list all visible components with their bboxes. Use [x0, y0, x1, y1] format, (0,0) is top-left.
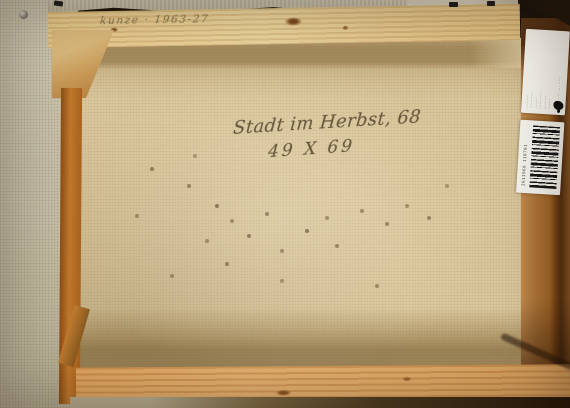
label-info-sticker: ········· ··········· ········ ·········…	[521, 29, 570, 116]
staple-icon	[54, 0, 64, 6]
shadow-bottom-edge	[70, 397, 570, 408]
barcode-digits: 2611960 110701	[520, 126, 529, 186]
staple-icon	[449, 2, 458, 7]
nail-head-icon	[19, 10, 28, 19]
label-info-content: ········· ··········· ········ ·········…	[523, 31, 568, 113]
fold-shadow-fade	[470, 38, 525, 68]
barcode-icon	[529, 125, 560, 189]
staple-icon	[487, 1, 495, 6]
label-barcode-sticker: 2611960 110701	[516, 120, 564, 196]
photo-of-painting-verso: kunze · 1963-27 Stadt im Herbst, 68 49 X…	[0, 0, 570, 408]
canvas-back	[76, 38, 525, 368]
label-micro-tokens: ··· ···· ·····	[557, 77, 563, 98]
auction-house-logo-icon	[554, 101, 565, 111]
stretcher-inscription: kunze · 1963-27	[99, 13, 209, 27]
canvas-speckles	[0, 0, 2, 2]
